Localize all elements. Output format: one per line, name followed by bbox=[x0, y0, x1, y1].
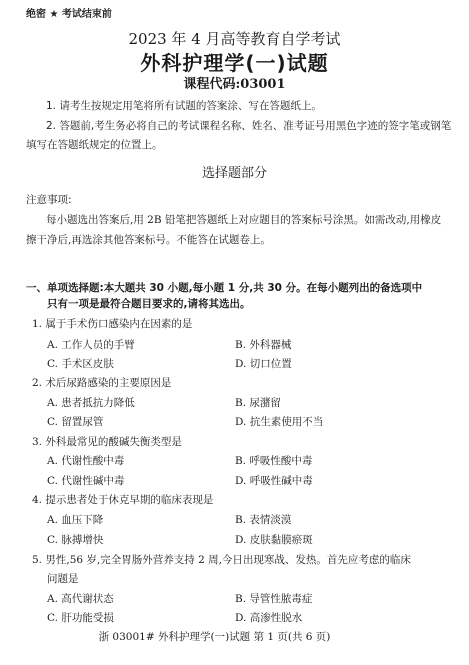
question-1-option-a: A. 工作人员的手臂 bbox=[47, 337, 135, 352]
question-3-option-d: D. 呼吸性碱中毒 bbox=[235, 473, 313, 488]
question-5-stem-line2: 问题是 bbox=[47, 571, 79, 586]
question-5-option-d: D. 高渗性脱水 bbox=[235, 610, 302, 625]
question-3-option-b: B. 呼吸性酸中毒 bbox=[235, 453, 312, 468]
part1-heading-line1: 一、单项选择题:本大题共 30 小题,每小题 1 分,共 30 分。在每小题列出… bbox=[26, 280, 422, 295]
notice-line2: 擦干净后,再选涂其他答案标号。不能答在试题卷上。 bbox=[26, 232, 271, 247]
subject-title: 外科护理学(一)试题 bbox=[0, 47, 469, 76]
question-1-stem: 1. 属于手术伤口感染内在因素的是 bbox=[32, 316, 192, 331]
notice-line1: 每小题选出答案后,用 2B 铅笔把答题纸上对应题目的答案标号涂黑。如需改动,用橡… bbox=[46, 212, 441, 227]
question-2-stem: 2. 术后尿路感染的主要原因是 bbox=[32, 375, 171, 390]
question-1-option-b: B. 外科器械 bbox=[235, 337, 291, 352]
question-5-stem: 5. 男性,56 岁,完全胃肠外营养支持 2 周,今日出现寒战、发热。首先应考虑… bbox=[32, 552, 411, 567]
instruction-1: 1. 请考生按规定用笔将所有试题的答案涂、写在答题纸上。 bbox=[46, 98, 322, 113]
question-1-option-c: C. 手术区皮肤 bbox=[47, 356, 114, 371]
question-4-option-b: B. 表情淡漠 bbox=[235, 512, 291, 527]
question-2-option-b: B. 尿潴留 bbox=[235, 395, 281, 410]
question-4-option-a: A. 血压下降 bbox=[47, 512, 103, 527]
question-5-option-a: A. 高代谢状态 bbox=[47, 591, 114, 606]
question-2-option-c: C. 留置尿管 bbox=[47, 414, 103, 429]
question-4-option-c: C. 脉搏增快 bbox=[47, 532, 103, 547]
question-2-option-d: D. 抗生素使用不当 bbox=[235, 414, 323, 429]
section-title: 选择题部分 bbox=[0, 162, 469, 181]
question-3-option-c: C. 代谢性碱中毒 bbox=[47, 473, 124, 488]
question-3-option-a: A. 代谢性酸中毒 bbox=[47, 453, 124, 468]
page-footer: 浙 03001# 外科护理学(一)试题 第 1 页(共 6 页) bbox=[0, 629, 449, 644]
course-code: 课程代码:03001 bbox=[0, 73, 469, 92]
question-1-option-d: D. 切口位置 bbox=[235, 356, 292, 371]
question-5-option-b: B. 导管性脓毒症 bbox=[235, 591, 312, 606]
instruction-2-line1: 2. 答题前,考生务必将自己的考试课程名称、姓名、准考证号用黑色字迹的签字笔或钢… bbox=[46, 118, 451, 133]
confidential-label: 绝密 ★ 考试结束前 bbox=[26, 5, 112, 20]
question-2-option-a: A. 患者抵抗力降低 bbox=[47, 395, 135, 410]
instruction-2-line2: 填写在答题纸规定的位置上。 bbox=[26, 137, 163, 152]
question-4-option-d: D. 皮肤黏膜瘀斑 bbox=[235, 532, 313, 547]
notice-label: 注意事项: bbox=[26, 192, 72, 207]
question-4-stem: 4. 提示患者处于休克早期的临床表现是 bbox=[32, 492, 213, 507]
exam-title: 2023 年 4 月高等教育自学考试 bbox=[0, 28, 469, 49]
question-5-option-c: C. 肝功能受损 bbox=[47, 610, 114, 625]
part1-heading-line2: 只有一项是最符合题目要求的,请将其选出。 bbox=[47, 296, 251, 311]
question-3-stem: 3. 外科最常见的酸碱失衡类型是 bbox=[32, 434, 182, 449]
